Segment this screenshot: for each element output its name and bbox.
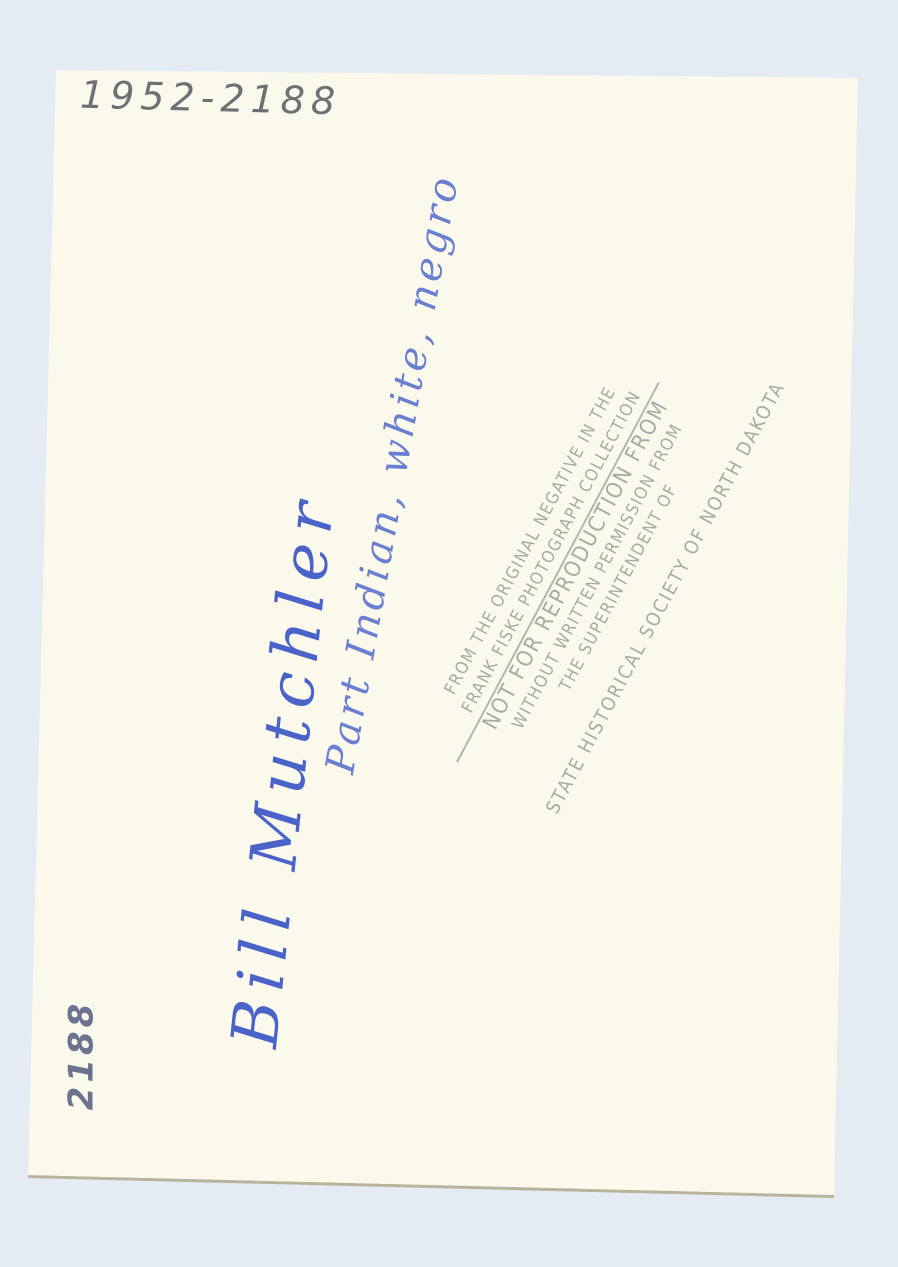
accession-number: 1952-2188 [79,73,341,124]
item-number: 2188 [61,1000,101,1111]
